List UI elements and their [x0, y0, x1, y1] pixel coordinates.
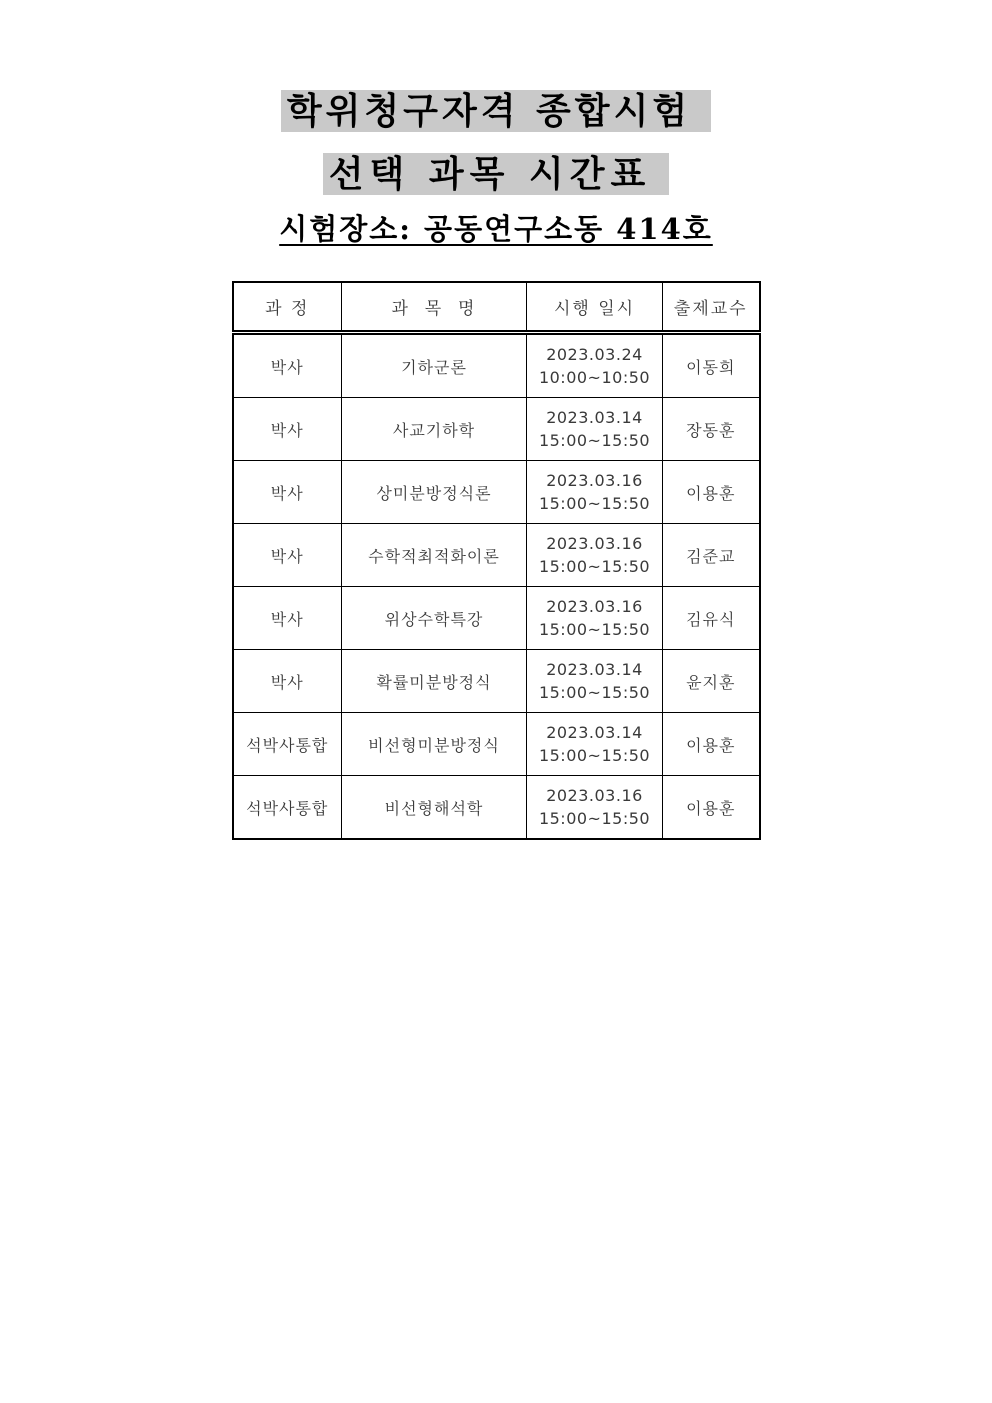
table-row: 박사 확률미분방정식 2023.03.14 15:00~15:50 윤지훈 [233, 650, 760, 713]
cell-subject: 확률미분방정식 [342, 650, 527, 713]
cell-time: 15:00~15:50 [527, 429, 662, 452]
cell-time: 15:00~15:50 [527, 618, 662, 641]
exam-schedule-table: 과 정 과 목 명 시행 일시 출제교수 박사 기하군론 2023.03.24 … [232, 281, 761, 840]
cell-course: 석박사통합 [233, 713, 342, 776]
cell-date: 2023.03.14 [527, 658, 662, 681]
cell-time: 15:00~15:50 [527, 744, 662, 767]
cell-time: 15:00~15:50 [527, 807, 662, 830]
cell-datetime: 2023.03.16 15:00~15:50 [527, 776, 663, 840]
cell-course: 박사 [233, 524, 342, 587]
cell-datetime: 2023.03.24 10:00~10:50 [527, 333, 663, 398]
location-row: 시험장소: 공동연구소동 414호 [0, 211, 992, 248]
table-row: 박사 상미분방정식론 2023.03.16 15:00~15:50 이용훈 [233, 461, 760, 524]
table-row: 박사 기하군론 2023.03.24 10:00~10:50 이동희 [233, 333, 760, 398]
table-row: 박사 수학적최적화이론 2023.03.16 15:00~15:50 김준교 [233, 524, 760, 587]
cell-datetime: 2023.03.14 15:00~15:50 [527, 650, 663, 713]
cell-course: 박사 [233, 650, 342, 713]
title-row-1: 학위청구자격 종합시험 [0, 90, 992, 132]
table-row: 석박사통합 비선형미분방정식 2023.03.14 15:00~15:50 이용… [233, 713, 760, 776]
cell-time: 15:00~15:50 [527, 492, 662, 515]
cell-date: 2023.03.16 [527, 784, 662, 807]
cell-date: 2023.03.24 [527, 343, 662, 366]
cell-time: 15:00~15:50 [527, 681, 662, 704]
cell-datetime: 2023.03.14 15:00~15:50 [527, 713, 663, 776]
column-header-subject: 과 목 명 [342, 282, 527, 333]
cell-course: 박사 [233, 398, 342, 461]
cell-professor: 장동훈 [663, 398, 760, 461]
cell-subject: 위상수학특강 [342, 587, 527, 650]
cell-professor: 이용훈 [663, 461, 760, 524]
table-row: 박사 사교기하학 2023.03.14 15:00~15:50 장동훈 [233, 398, 760, 461]
cell-professor: 윤지훈 [663, 650, 760, 713]
document-page: 학위청구자격 종합시험 선택 과목 시간표 시험장소: 공동연구소동 414호 … [0, 0, 992, 1403]
cell-course: 석박사통합 [233, 776, 342, 840]
cell-course: 박사 [233, 333, 342, 398]
cell-professor: 이용훈 [663, 776, 760, 840]
cell-date: 2023.03.16 [527, 595, 662, 618]
cell-time: 10:00~10:50 [527, 366, 662, 389]
cell-professor: 이동희 [663, 333, 760, 398]
table-header-row: 과 정 과 목 명 시행 일시 출제교수 [233, 282, 760, 333]
cell-subject: 기하군론 [342, 333, 527, 398]
cell-subject: 수학적최적화이론 [342, 524, 527, 587]
cell-datetime: 2023.03.16 15:00~15:50 [527, 587, 663, 650]
cell-professor: 김유식 [663, 587, 760, 650]
column-header-datetime: 시행 일시 [527, 282, 663, 333]
cell-course: 박사 [233, 587, 342, 650]
column-header-professor: 출제교수 [663, 282, 760, 333]
cell-professor: 김준교 [663, 524, 760, 587]
cell-time: 15:00~15:50 [527, 555, 662, 578]
cell-subject: 사교기하학 [342, 398, 527, 461]
table-row: 박사 위상수학특강 2023.03.16 15:00~15:50 김유식 [233, 587, 760, 650]
cell-course: 박사 [233, 461, 342, 524]
page-title: 학위청구자격 종합시험 [281, 90, 711, 132]
cell-date: 2023.03.14 [527, 406, 662, 429]
cell-datetime: 2023.03.14 15:00~15:50 [527, 398, 663, 461]
exam-location-text: 시험장소: 공동연구소동 414호 [279, 211, 713, 248]
cell-date: 2023.03.14 [527, 721, 662, 744]
column-header-course: 과 정 [233, 282, 342, 333]
cell-datetime: 2023.03.16 15:00~15:50 [527, 524, 663, 587]
cell-subject: 상미분방정식론 [342, 461, 527, 524]
cell-professor: 이용훈 [663, 713, 760, 776]
cell-date: 2023.03.16 [527, 532, 662, 555]
cell-datetime: 2023.03.16 15:00~15:50 [527, 461, 663, 524]
page-subtitle: 선택 과목 시간표 [323, 153, 670, 195]
cell-subject: 비선형해석학 [342, 776, 527, 840]
cell-date: 2023.03.16 [527, 469, 662, 492]
title-row-2: 선택 과목 시간표 [0, 153, 992, 195]
cell-subject: 비선형미분방정식 [342, 713, 527, 776]
table-row: 석박사통합 비선형해석학 2023.03.16 15:00~15:50 이용훈 [233, 776, 760, 840]
